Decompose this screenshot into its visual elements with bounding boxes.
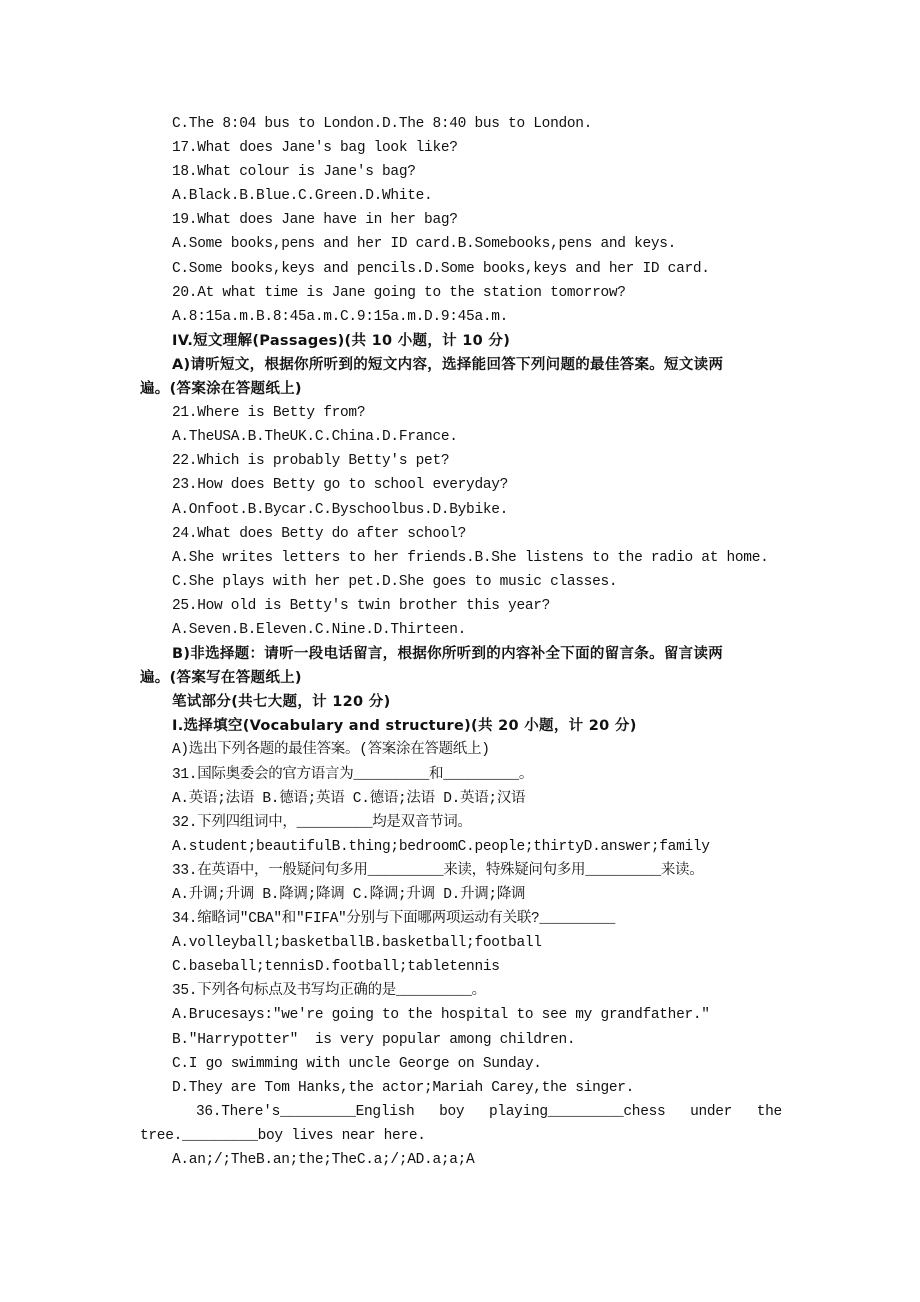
section-iv-a-instructions: A)请听短文，根据你所听到的短文内容，选择能回答下列问题的最佳答案。短文读两 (140, 353, 782, 377)
section-iv-a-instructions-cont: 遍。(答案涂在答题纸上) (140, 377, 782, 401)
q35-option-c: C.I go swimming with uncle George on Sun… (140, 1052, 782, 1076)
q34-question: 34.缩略词"CBA"和"FIFA"分别与下面哪两项运动有关联?________… (140, 907, 782, 931)
q24-options-ab: A.She writes letters to her friends.B.Sh… (140, 546, 782, 570)
q35-question: 35.下列各句标点及书写均正确的是_________。 (140, 979, 782, 1003)
q31-options: A.英语;法语 B.德语;英语 C.德语;法语 D.英语;汉语 (140, 787, 782, 811)
q35-option-b: B."Harrypotter" is very popular among ch… (140, 1028, 782, 1052)
q36-word: the (757, 1100, 782, 1124)
q22-question: 22.Which is probably Betty's pet? (140, 449, 782, 473)
exam-document: C.The 8:04 bus to London.D.The 8:40 bus … (140, 112, 782, 1172)
q23-options: A.Onfoot.B.Bycar.C.Byschoolbus.D.Bybike. (140, 498, 782, 522)
q36-word: 36.There's_________English (196, 1100, 414, 1124)
section-i-a-instructions: A)选出下列各题的最佳答案。(答案涂在答题纸上) (140, 738, 782, 762)
q32-options: A.student;beautifulB.thing;bedroomC.peop… (140, 835, 782, 859)
q36-word: boy (439, 1100, 464, 1124)
q17-question: 17.What does Jane's bag look like? (140, 136, 782, 160)
q36-question-cont: tree._________boy lives near here. (140, 1124, 782, 1148)
q33-question: 33.在英语中，一般疑问句多用_________来读，特殊疑问句多用______… (140, 859, 782, 883)
q36-options: A.an;/;TheB.an;the;TheC.a;/;AD.a;a;A (140, 1148, 782, 1172)
q21-options: A.TheUSA.B.TheUK.C.China.D.France. (140, 425, 782, 449)
q19-options-cd: C.Some books,keys and pencils.D.Some boo… (140, 257, 782, 281)
q19-question: 19.What does Jane have in her bag? (140, 208, 782, 232)
q19-options-ab: A.Some books,pens and her ID card.B.Some… (140, 232, 782, 256)
q18-options: A.Black.B.Blue.C.Green.D.White. (140, 184, 782, 208)
q16-options-cd: C.The 8:04 bus to London.D.The 8:40 bus … (140, 112, 782, 136)
q36-word: playing_________chess (489, 1100, 665, 1124)
section-iv-b-instructions-cont: 遍。(答案写在答题纸上) (140, 666, 782, 690)
q25-options: A.Seven.B.Eleven.C.Nine.D.Thirteen. (140, 618, 782, 642)
q35-option-d: D.They are Tom Hanks,the actor;Mariah Ca… (140, 1076, 782, 1100)
q18-question: 18.What colour is Jane's bag? (140, 160, 782, 184)
q31-question: 31.国际奥委会的官方语言为_________和_________。 (140, 763, 782, 787)
section-i-heading: I.选择填空(Vocabulary and structure)(共 20 小题… (140, 714, 782, 738)
section-iv-b-instructions: B)非选择题：请听一段电话留言，根据你所听到的内容补全下面的留言条。留言读两 (140, 642, 782, 666)
q20-question: 20.At what time is Jane going to the sta… (140, 281, 782, 305)
q25-question: 25.How old is Betty's twin brother this … (140, 594, 782, 618)
q34-options-ab: A.volleyball;basketballB.basketball;foot… (140, 931, 782, 955)
q20-options: A.8:15a.m.B.8:45a.m.C.9:15a.m.D.9:45a.m. (140, 305, 782, 329)
q36-question: 36.There's_________English boy playing__… (140, 1100, 782, 1124)
q36-word: under (690, 1100, 732, 1124)
q34-options-cd: C.baseball;tennisD.football;tabletennis (140, 955, 782, 979)
q35-option-a: A.Brucesays:"we're going to the hospital… (140, 1003, 782, 1027)
q21-question: 21.Where is Betty from? (140, 401, 782, 425)
q32-question: 32.下列四组词中，_________均是双音节词。 (140, 811, 782, 835)
q23-question: 23.How does Betty go to school everyday? (140, 473, 782, 497)
section-iv-heading: IV.短文理解(Passages)(共 10 小题，计 10 分) (140, 329, 782, 353)
q24-options-cd: C.She plays with her pet.D.She goes to m… (140, 570, 782, 594)
q24-question: 24.What does Betty do after school? (140, 522, 782, 546)
written-part-heading: 笔试部分(共七大题，计 120 分) (140, 690, 782, 714)
q33-options: A.升调;升调 B.降调;降调 C.降调;升调 D.升调;降调 (140, 883, 782, 907)
